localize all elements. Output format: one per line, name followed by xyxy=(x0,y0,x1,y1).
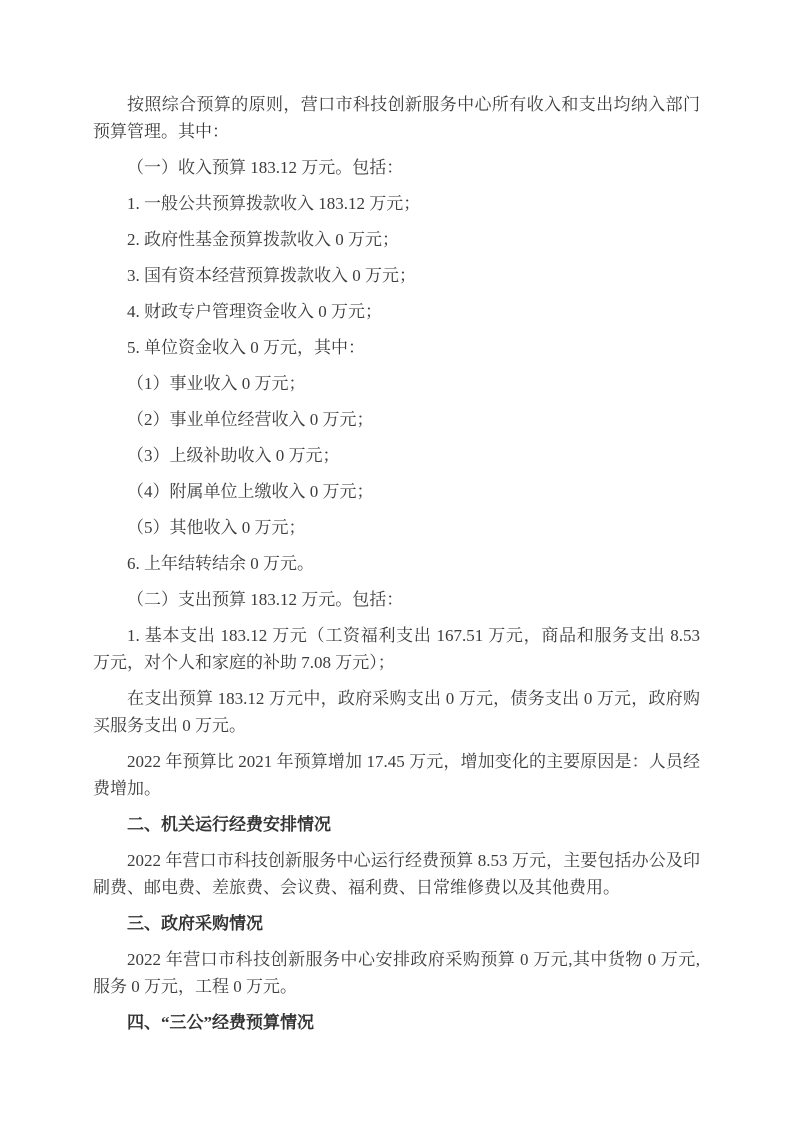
para-income-sub-affiliated-units: （4）附属单位上缴收入 0 万元； xyxy=(93,478,700,505)
para-gov-procurement-detail: 2022 年营口市科技创新服务中心安排政府采购预算 0 万元,其中货物 0 万元… xyxy=(93,946,700,1000)
para-income-sub-superior-subsidy: （3）上级补助收入 0 万元； xyxy=(93,442,700,469)
para-expenditure-budget-total: （二）支出预算 183.12 万元。包括： xyxy=(93,586,700,613)
heading-section-operating-funds: 二、机关运行经费安排情况 xyxy=(93,811,700,838)
para-budget-yoy-comparison: 2022 年预算比 2021 年预算增加 17.45 万元，增加变化的主要原因是… xyxy=(93,748,700,802)
para-expenditure-basic: 1. 基本支出 183.12 万元（工资福利支出 167.51 万元，商品和服务… xyxy=(93,622,700,676)
para-income-item-fiscal-account: 4. 财政专户管理资金收入 0 万元； xyxy=(93,298,700,325)
para-income-sub-business: （1）事业收入 0 万元； xyxy=(93,370,700,397)
para-income-item-gov-fund: 2. 政府性基金预算拨款收入 0 万元； xyxy=(93,226,700,253)
para-income-item-unit-funds: 5. 单位资金收入 0 万元，其中： xyxy=(93,334,700,361)
heading-section-gov-procurement: 三、政府采购情况 xyxy=(93,910,700,937)
document-body: 按照综合预算的原则，营口市科技创新服务中心所有收入和支出均纳入部门预算管理。其中… xyxy=(93,91,700,1036)
para-income-sub-other: （5）其他收入 0 万元； xyxy=(93,514,700,541)
heading-section-three-public-funds: 四、“三公”经费预算情况 xyxy=(93,1009,700,1036)
para-budget-principle: 按照综合预算的原则，营口市科技创新服务中心所有收入和支出均纳入部门预算管理。其中… xyxy=(93,91,700,145)
para-operating-funds-detail: 2022 年营口市科技创新服务中心运行经费预算 8.53 万元，主要包括办公及印… xyxy=(93,847,700,901)
para-income-sub-operating: （2）事业单位经营收入 0 万元； xyxy=(93,406,700,433)
para-income-budget-total: （一）收入预算 183.12 万元。包括： xyxy=(93,154,700,181)
para-income-item-carryover: 6. 上年结转结余 0 万元。 xyxy=(93,550,700,577)
para-income-item-state-capital: 3. 国有资本经营预算拨款收入 0 万元； xyxy=(93,262,700,289)
para-income-item-general-public: 1. 一般公共预算拨款收入 183.12 万元； xyxy=(93,190,700,217)
para-expenditure-breakdown: 在支出预算 183.12 万元中，政府采购支出 0 万元，债务支出 0 万元，政… xyxy=(93,685,700,739)
document-page: 按照综合预算的原则，营口市科技创新服务中心所有收入和支出均纳入部门预算管理。其中… xyxy=(0,0,794,1123)
